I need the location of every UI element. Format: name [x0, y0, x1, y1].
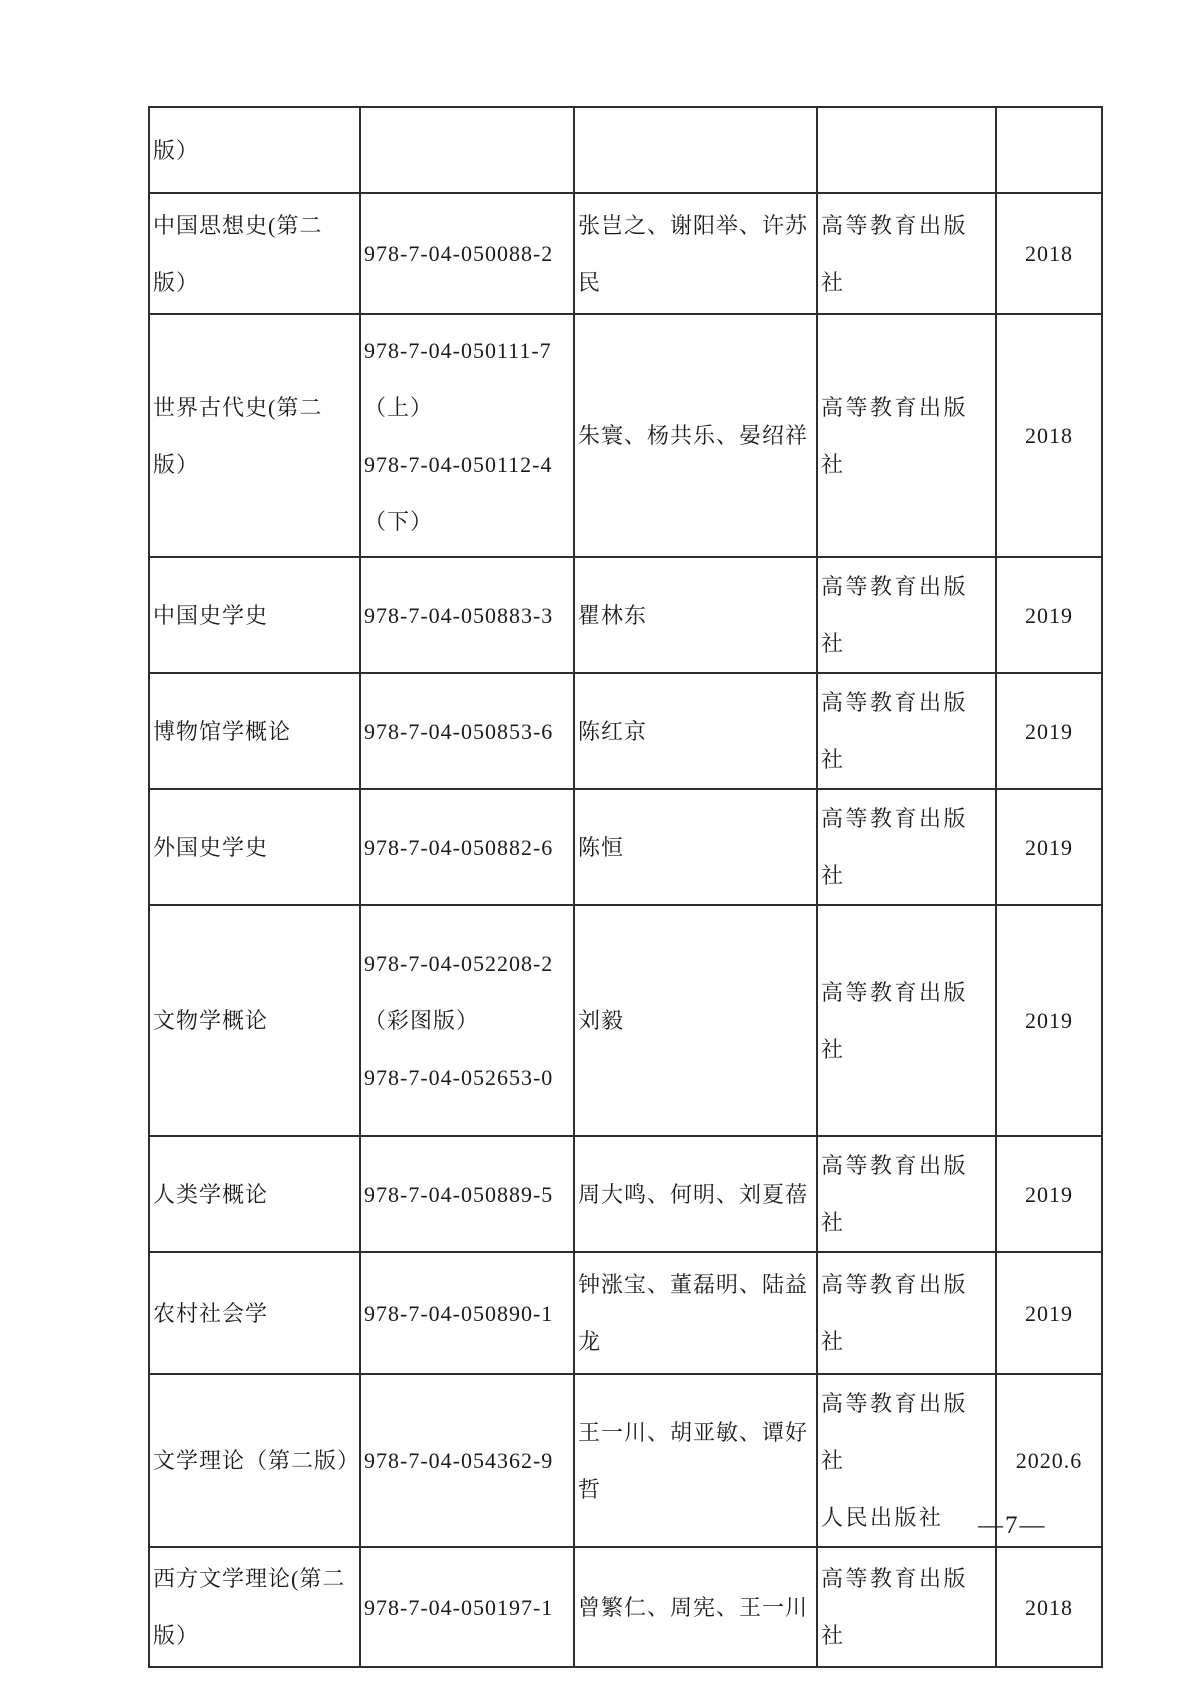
publisher-cell: 高等教育出版社 人民出版社 [817, 1374, 996, 1547]
table-row: 中国思想史(第二 版）978-7-04-050088-2张岂之、谢阳举、许苏 民… [149, 193, 1102, 314]
publisher-cell: 高等教育出版社 [817, 905, 996, 1136]
publisher-cell: 高等教育出版社 [817, 193, 996, 314]
publish-year-cell: 2018 [996, 314, 1102, 557]
authors-cell: 陈红京 [574, 673, 817, 789]
isbn-cell: 978-7-04-050088-2 [360, 193, 574, 314]
isbn-cell: 978-7-04-050197-1 [360, 1547, 574, 1667]
publish-year-cell: 2019 [996, 789, 1102, 905]
publish-year-cell: 2018 [996, 193, 1102, 314]
authors-cell: 钟涨宝、董磊明、陆益 龙 [574, 1252, 817, 1374]
authors-cell: 朱寰、杨共乐、晏绍祥 [574, 314, 817, 557]
publish-year-cell: 2019 [996, 905, 1102, 1136]
table-row: 世界古代史(第二 版）978-7-04-050111-7 （上） 978-7-0… [149, 314, 1102, 557]
book-title-cell: 农村社会学 [149, 1252, 360, 1374]
isbn-cell [360, 107, 574, 193]
book-title-cell: 人类学概论 [149, 1136, 360, 1252]
publish-year-cell: 2019 [996, 673, 1102, 789]
isbn-cell: 978-7-04-050890-1 [360, 1252, 574, 1374]
authors-cell: 王一川、胡亚敏、谭好 哲 [574, 1374, 817, 1547]
book-title-cell: 世界古代史(第二 版） [149, 314, 360, 557]
publish-year-cell [996, 107, 1102, 193]
isbn-cell: 978-7-04-050883-3 [360, 557, 574, 673]
publisher-cell [817, 107, 996, 193]
publish-year-cell: 2019 [996, 1252, 1102, 1374]
book-title-cell: 中国思想史(第二 版） [149, 193, 360, 314]
publisher-cell: 高等教育出版社 [817, 789, 996, 905]
book-title-cell: 博物馆学概论 [149, 673, 360, 789]
table-row: 外国史学史978-7-04-050882-6陈恒高等教育出版社2019 [149, 789, 1102, 905]
authors-cell: 曾繁仁、周宪、王一川 [574, 1547, 817, 1667]
isbn-cell: 978-7-04-050889-5 [360, 1136, 574, 1252]
table-row: 人类学概论978-7-04-050889-5周大鸣、何明、刘夏蓓高等教育出版社2… [149, 1136, 1102, 1252]
publish-year-cell: 2019 [996, 1136, 1102, 1252]
page-number: —7— [978, 1512, 1047, 1540]
table-row: 农村社会学978-7-04-050890-1钟涨宝、董磊明、陆益 龙高等教育出版… [149, 1252, 1102, 1374]
authors-cell [574, 107, 817, 193]
isbn-cell: 978-7-04-052208-2 （彩图版） 978-7-04-052653-… [360, 905, 574, 1136]
publisher-cell: 高等教育出版社 [817, 1252, 996, 1374]
table-row: 文学理论（第二版）978-7-04-054362-9王一川、胡亚敏、谭好 哲高等… [149, 1374, 1102, 1547]
publisher-cell: 高等教育出版社 [817, 1136, 996, 1252]
authors-cell: 瞿林东 [574, 557, 817, 673]
book-title-cell: 西方文学理论(第二 版） [149, 1547, 360, 1667]
isbn-cell: 978-7-04-054362-9 [360, 1374, 574, 1547]
document-page: 版）中国思想史(第二 版）978-7-04-050088-2张岂之、谢阳举、许苏… [0, 0, 1191, 1684]
isbn-cell: 978-7-04-050853-6 [360, 673, 574, 789]
publisher-cell: 高等教育出版社 [817, 314, 996, 557]
authors-cell: 张岂之、谢阳举、许苏 民 [574, 193, 817, 314]
table-row: 文物学概论978-7-04-052208-2 （彩图版） 978-7-04-05… [149, 905, 1102, 1136]
book-title-cell: 外国史学史 [149, 789, 360, 905]
publish-year-cell: 2019 [996, 557, 1102, 673]
authors-cell: 周大鸣、何明、刘夏蓓 [574, 1136, 817, 1252]
book-title-cell: 文物学概论 [149, 905, 360, 1136]
book-title-cell: 文学理论（第二版） [149, 1374, 360, 1547]
book-list-table: 版）中国思想史(第二 版）978-7-04-050088-2张岂之、谢阳举、许苏… [148, 106, 1103, 1668]
isbn-cell: 978-7-04-050882-6 [360, 789, 574, 905]
publish-year-cell: 2018 [996, 1547, 1102, 1667]
book-table-body: 版）中国思想史(第二 版）978-7-04-050088-2张岂之、谢阳举、许苏… [149, 107, 1102, 1667]
table-row: 中国史学史978-7-04-050883-3瞿林东高等教育出版社2019 [149, 557, 1102, 673]
book-title-cell: 中国史学史 [149, 557, 360, 673]
table-row: 西方文学理论(第二 版）978-7-04-050197-1曾繁仁、周宪、王一川高… [149, 1547, 1102, 1667]
publisher-cell: 高等教育出版社 [817, 1547, 996, 1667]
table-row: 版） [149, 107, 1102, 193]
isbn-cell: 978-7-04-050111-7 （上） 978-7-04-050112-4 … [360, 314, 574, 557]
authors-cell: 陈恒 [574, 789, 817, 905]
book-title-cell: 版） [149, 107, 360, 193]
publisher-cell: 高等教育出版社 [817, 673, 996, 789]
authors-cell: 刘毅 [574, 905, 817, 1136]
table-row: 博物馆学概论978-7-04-050853-6陈红京高等教育出版社2019 [149, 673, 1102, 789]
publisher-cell: 高等教育出版社 [817, 557, 996, 673]
